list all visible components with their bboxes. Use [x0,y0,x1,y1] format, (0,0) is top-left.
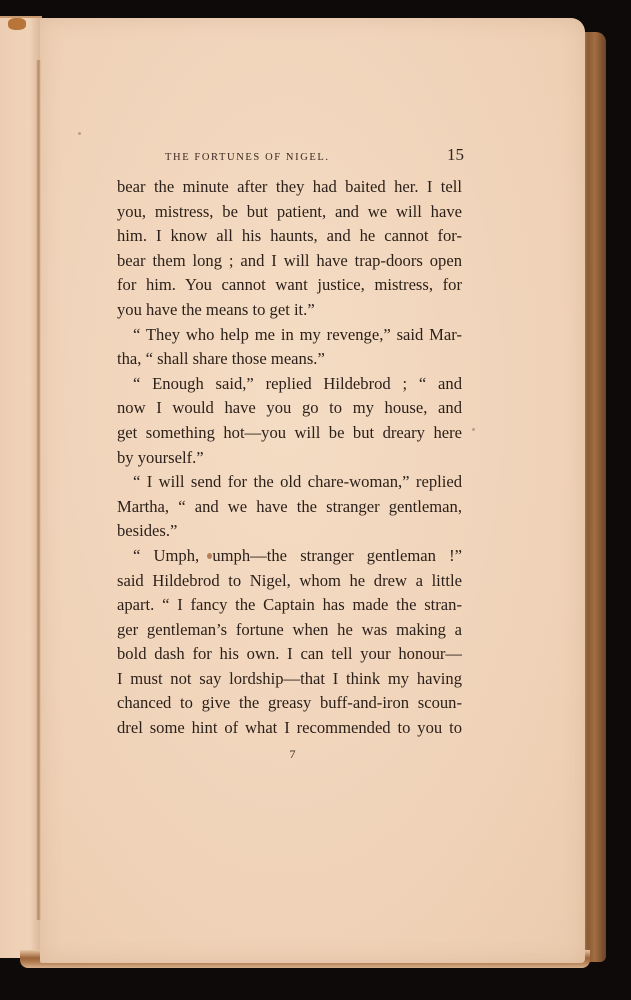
gutter-shadow [36,60,41,920]
text-line: chanced to give the greasy buff-and-iron… [117,691,462,716]
text-line: I must not say lordship—that I think my … [117,667,462,692]
text-line: said Hildebrod to Nigel, whom he drew a … [117,569,462,594]
book-photo: THE FORTUNES OF NIGEL. 15 bear the minut… [0,0,631,1000]
text-line: ger gentleman’s fortune when he was maki… [117,618,462,643]
text-line: “ Enough said,” replied Hildebrod ; “ an… [117,372,462,397]
text-line: bear them long ; and I will have trap-do… [117,249,462,274]
text-line: bear the minute after they had baited he… [117,175,462,200]
text-line: you, mistress, be but patient, and we wi… [117,200,462,225]
text-line: tha, “ shall share those means.” [117,347,462,372]
text-line: by yourself.” [117,446,462,471]
text-line: “ They who help me in my revenge,” said … [117,323,462,348]
text-line: get something hot—you will be but dreary… [117,421,462,446]
text-line: “ Umph, umph—the stranger gentleman !” [117,544,462,569]
foxing-stain [8,18,26,30]
text-line: Martha, “ and we have the stranger gentl… [117,495,462,520]
page-number: 15 [447,145,464,165]
paper-speck [472,428,475,431]
running-head: THE FORTUNES OF NIGEL. 15 [165,145,462,175]
text-line: “ I will send for the old chare-woman,” … [117,470,462,495]
text-line: apart. “ I fancy the Captain has made th… [117,593,462,618]
text-line: you have the means to get it.” [117,298,462,323]
page-text-block: THE FORTUNES OF NIGEL. 15 bear the minut… [117,145,462,762]
paper-speck [78,132,81,135]
ink-stain [207,553,212,559]
text-line: now I would have you go to my house, and [117,396,462,421]
signature-mark: 7 [117,747,462,762]
text-line: besides.” [117,519,462,544]
running-title: THE FORTUNES OF NIGEL. [165,152,330,163]
text-line: for him. You cannot want justice, mistre… [117,273,462,298]
text-line: drel some hint of what I recommended to … [117,716,462,741]
text-line: bold dash for his own. I can tell your h… [117,642,462,667]
text-line: him. I know all his haunts, and he canno… [117,224,462,249]
